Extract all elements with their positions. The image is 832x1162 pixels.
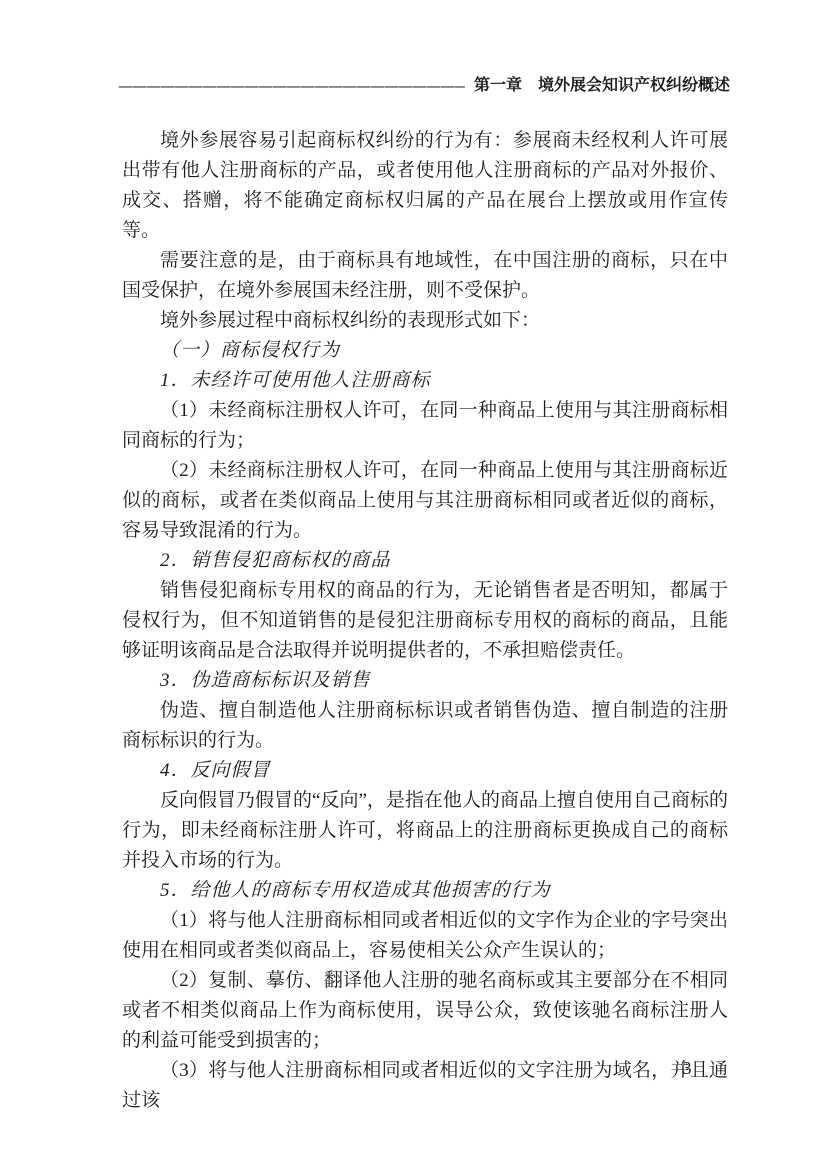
body-paragraph: 境外参展容易引起商标权纠纷的行为有：参展商未经权利人许可展出带有他人注册商标的产… — [122, 126, 728, 246]
body-paragraph: （1）将与他人注册商标相同或者相近似的文字作为企业的字号突出使用在相同或者类似商… — [122, 906, 728, 966]
header-rule-line: —————————————————————————————— — [118, 74, 465, 98]
body-paragraph: 需要注意的是，由于商标具有地域性，在中国注册的商标，只在中国受保护，在境外参展国… — [122, 246, 728, 306]
chapter-header-title: 第一章 境外展会知识产权纠纷概述 — [474, 74, 730, 98]
body-paragraph: 反向假冒乃假冒的“反向”，是指在他人的商品上擅自使用自己商标的行为，即未经商标注… — [122, 786, 728, 876]
heading-paragraph: 3．伪造商标标识及销售 — [122, 666, 728, 696]
body-paragraph: 销售侵犯商标专用权的商品的行为，无论销售者是否明知，都属于侵权行为，但不知道销售… — [122, 576, 728, 666]
page-number: 3 — [672, 1056, 702, 1080]
body-paragraph: （1）未经商标注册权人许可，在同一种商品上使用与其注册商标相同商标的行为； — [122, 396, 728, 456]
heading-paragraph: 5．给他人的商标专用权造成其他损害的行为 — [122, 876, 728, 906]
heading-paragraph: 1．未经许可使用他人注册商标 — [122, 366, 728, 396]
heading-paragraph: 4．反向假冒 — [122, 756, 728, 786]
heading-paragraph: 2．销售侵犯商标权的商品 — [122, 546, 728, 576]
body-paragraph: 伪造、擅自制造他人注册商标标识或者销售伪造、擅自制造的注册商标标识的行为。 — [122, 696, 728, 756]
document-page: —————————————————————————————— 第一章 境外展会知… — [0, 0, 832, 1162]
heading-paragraph: （一）商标侵权行为 — [122, 336, 728, 366]
body-paragraph: 境外参展过程中商标权纠纷的表现形式如下： — [122, 306, 728, 336]
running-header: —————————————————————————————— 第一章 境外展会知… — [118, 74, 730, 98]
body-paragraph: （2）复制、摹仿、翻译他人注册的驰名商标或其主要部分在不相同或者不相类似商品上作… — [122, 966, 728, 1056]
body-paragraph: （2）未经商标注册权人许可，在同一种商品上使用与其注册商标近似的商标，或者在类似… — [122, 456, 728, 546]
body-text-block: 境外参展容易引起商标权纠纷的行为有：参展商未经权利人许可展出带有他人注册商标的产… — [122, 126, 728, 1116]
body-paragraph: （3）将与他人注册商标相同或者相近似的文字注册为域名，并且通过该 — [122, 1056, 728, 1116]
